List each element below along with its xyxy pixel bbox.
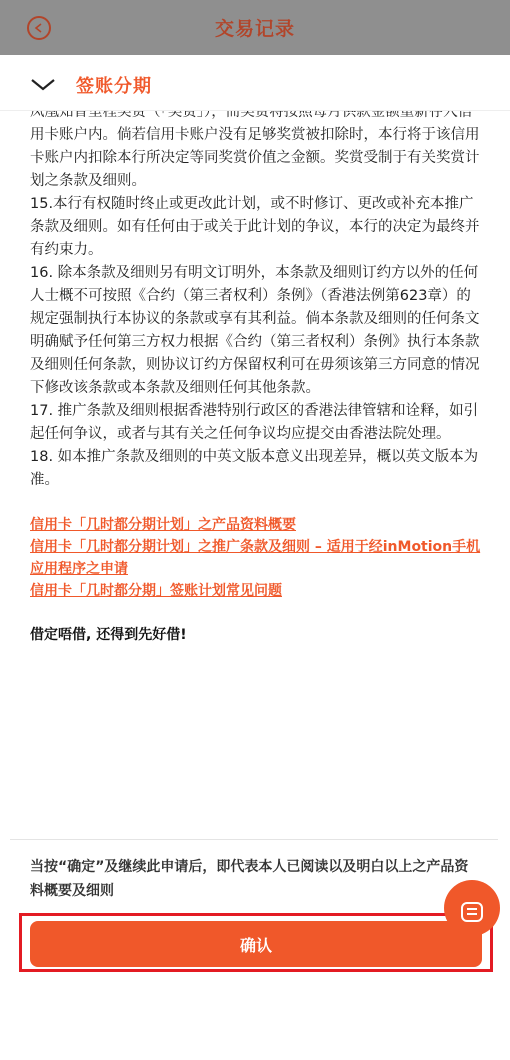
divider [10,839,498,840]
chevron-down-icon[interactable] [30,78,56,92]
terms-paragraph: 15.本行有权随时终止或更改此计划，或不时修订、更改或补充本推广条款及细则。如有… [30,193,482,262]
terms-paragraph: 16. 除本条款及细则另有明文订明外，本条款及细则订约方以外的任何人士概不可按照… [30,262,482,400]
link-product-summary[interactable]: 信用卡「几时都分期计划」之产品资料概要 [30,514,482,536]
back-button[interactable] [27,16,51,40]
chat-icon [461,902,483,922]
link-promo-terms[interactable]: 信用卡「几时都分期计划」之推广条款及细则 – 适用于经inMotion手机应用程… [30,536,482,580]
page-title: 交易记录 [215,14,295,41]
confirm-button[interactable]: 确认 [30,921,482,967]
top-bar: 交易记录 [0,0,510,55]
link-faq[interactable]: 信用卡「几时都分期」签账计划常见问题 [30,580,482,602]
back-circle-icon [34,23,44,33]
terms-scroll-area[interactable]: 凤凰知音里程奖赏（「奖赏」），而奖赏将按照每月供款金额重新存入信用卡账户内。倘若… [0,110,510,841]
consent-text: 当按“确定”及继续此申请后，即代表本人已阅读以及明白以上之产品资料概要及细则 [30,855,480,903]
terms-paragraph: 18. 如本推广条款及细则的中英文版本意义出现差异，概以英文版本为准。 [30,446,482,492]
sheet-header[interactable]: 签账分期 [0,55,510,115]
slogan: 借定唔借, 还得到先好借! [30,624,482,644]
chat-button[interactable] [444,880,500,936]
sheet-title: 签账分期 [76,72,152,98]
bottom-sheet: 签账分期 凤凰知音里程奖赏（「奖赏」），而奖赏将按照每月供款金额重新存入信用卡账… [0,55,510,1060]
terms-paragraph: 17. 推广条款及细则根据香港特别行政区的香港法律管辖和诠释，如引起任何争议，或… [30,400,482,446]
links-list: 信用卡「几时都分期计划」之产品资料概要 信用卡「几时都分期计划」之推广条款及细则… [30,514,482,602]
terms-paragraph: 凤凰知音里程奖赏（「奖赏」），而奖赏将按照每月供款金额重新存入信用卡账户内。倘若… [30,110,482,193]
